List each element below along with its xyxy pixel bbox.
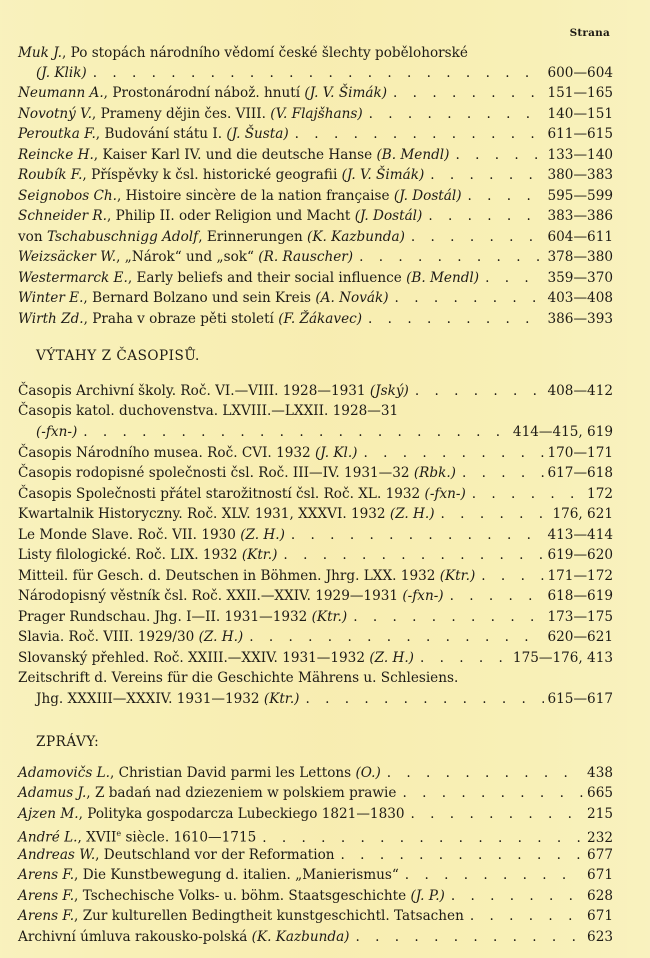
entry-title-rest: siècle. 1610—1715	[121, 830, 256, 846]
leader-dots	[363, 104, 544, 124]
entry-reviewer: (V. Flajšhans)	[270, 106, 362, 122]
entry-title: Bernard Bolzano und sein Kreis	[92, 290, 311, 306]
entry-title: Časopis katol. duchovenstva. LXVIII.—LXX…	[18, 403, 398, 419]
entry-author: Arens F.	[18, 867, 74, 883]
entry: Mitteil. für Gesch. d. Deutschen in Böhm…	[18, 566, 613, 586]
entry-title: Prager Rundschau. Jhg. I—II. 1931—1932	[18, 609, 307, 625]
entry-title: Příspěvky k čsl. historické geografii	[91, 167, 337, 183]
entry: Kwartalnik Historyczny. Roč. XLV. 1931, …	[18, 504, 613, 524]
entry-pages: 172	[583, 484, 613, 504]
entry-reviewer: (O.)	[355, 765, 380, 781]
entry: André L., XVIIe siècle. 1610—1715232	[18, 824, 613, 844]
entry-reviewer: (Ktr.)	[312, 609, 348, 625]
entry-pages: 380—383	[544, 165, 614, 185]
entry: Wirth Zd., Praha v obraze pěti století (…	[18, 309, 613, 329]
entry-title: Listy filologické. Roč. LIX. 1932	[18, 547, 238, 563]
entry-title: Časopis Archivní školy. Roč. VI.—VIII. 1…	[18, 383, 366, 399]
entry-pages: 623	[583, 927, 613, 947]
leader-dots	[396, 783, 583, 803]
entry-title: Prameny dějin čes. VIII.	[101, 106, 266, 122]
leader-dots	[464, 906, 583, 926]
entry-title: Philip II. oder Religion und Macht	[116, 208, 351, 224]
leader-dots	[424, 165, 543, 185]
entry-reviewer: (Z. H.)	[369, 650, 414, 666]
entry-pages: 378—380	[544, 247, 614, 267]
leader-dots	[353, 247, 543, 267]
entry-pages: 403—408	[544, 288, 614, 308]
entry-pages: 140—151	[544, 104, 614, 124]
entry-pages: 413—414	[544, 525, 614, 545]
entry-reviewer: (J. Dostál)	[355, 208, 423, 224]
section-heading-reports: ZPRÁVY:	[36, 734, 99, 750]
entry-title: Po stopách národního vědomí české šlecht…	[71, 45, 468, 61]
leader-dots	[405, 227, 544, 247]
entry-title: Deutschland vor der Reformation	[104, 847, 335, 863]
entry-pages: 671	[583, 906, 613, 926]
entry-author: Neumann A.	[18, 85, 104, 101]
entry: Andreas W., Deutschland vor der Reformat…	[18, 845, 613, 865]
entry-reviewer: (J. V. Šimák)	[304, 85, 387, 101]
entry-pages: 438	[583, 763, 613, 783]
entry: Ajzen M., Polityka gospodarcza Lubeckieg…	[18, 804, 613, 824]
entry: Arens F., Tschechische Volks- u. böhm. S…	[18, 886, 613, 906]
entry-pages: 620—621	[544, 627, 614, 647]
entry-pages: 133—140	[544, 145, 614, 165]
entry: Reincke H., Kaiser Karl IV. und die deut…	[18, 145, 613, 165]
entry-pages: 671	[583, 865, 613, 885]
leader-dots	[462, 186, 544, 206]
entry: Neumann A., Prostonárodní nábož. hnutí (…	[18, 83, 613, 103]
entry-reviewer: (A. Novák)	[315, 290, 388, 306]
leader-dots	[422, 206, 543, 226]
entry-author: Ajzen M.	[18, 806, 79, 822]
entry: Časopis rodopisné společnosti čsl. Roč. …	[18, 463, 613, 483]
entry-reviewer: (-fxn-)	[36, 424, 77, 440]
entry-title: Zeitschrift d. Vereins für die Geschicht…	[18, 670, 458, 686]
entry-pages: 414—415, 619	[509, 422, 613, 442]
entry: Le Monde Slave. Roč. VII. 1930 (Z. H.)41…	[18, 525, 613, 545]
entry-pages: 595—599	[544, 186, 614, 206]
entry-author: Muk J.	[18, 45, 62, 61]
entry-reviewer: (Jský)	[370, 383, 409, 399]
leader-dots	[475, 566, 543, 586]
leader-dots	[387, 83, 543, 103]
entry-title: Časopis rodopisné společnosti čsl. Roč. …	[18, 465, 410, 481]
column-label-strana: Strana	[570, 27, 610, 39]
entry-title: Časopis Společnosti přátel starožitností…	[18, 486, 420, 502]
entry-reviewer: (K. Kazbunda)	[307, 229, 405, 245]
entry-reviewer: (R. Rauscher)	[258, 249, 353, 265]
entry-pages: 359—370	[544, 268, 614, 288]
leader-dots	[381, 763, 583, 783]
leader-dots	[405, 804, 584, 824]
entry-author: Seignobos Ch.	[18, 188, 117, 204]
entry-title: Tschechische Volks- u. böhm. Staatsgesch…	[83, 888, 406, 904]
entry-muk-line2: (J. Klik)600—604	[18, 63, 613, 83]
entry-title: Kaiser Karl IV. und die deutsche Hanse	[102, 147, 372, 163]
entry-line1: Zeitschrift d. Vereins für die Geschicht…	[18, 668, 613, 688]
entry-title: Slovanský přehled. Roč. XXIII.—XXIV. 193…	[18, 650, 365, 666]
entry: Novotný V., Prameny dějin čes. VIII. (V.…	[18, 104, 613, 124]
leader-dots	[285, 525, 544, 545]
entry-author: Schneider R.	[18, 208, 107, 224]
entry-author: Arens F.	[18, 888, 74, 904]
entry-title: Národopisný věstník čsl. Roč. XXII.—XXIV…	[18, 588, 398, 604]
leader-dots	[399, 865, 583, 885]
entry-reviewer: (Ktr.)	[440, 568, 476, 584]
entry-pages: 171—172	[544, 566, 614, 586]
entry-pages: 611—615	[544, 124, 614, 144]
entry: Arens F., Zur kulturellen Bedingtheit ku…	[18, 906, 613, 926]
entry-reviewer: (Ktr.)	[242, 547, 278, 563]
entry: Adamus J., Z badań nad dziezeniem w pols…	[18, 783, 613, 803]
entry-pages: 170—171	[544, 443, 614, 463]
entry-reviewer: (F. Žákavec)	[278, 311, 362, 327]
entry-reviewer: (Z. H.)	[240, 527, 285, 543]
leader-dots	[357, 443, 543, 463]
entry: Národopisný věstník čsl. Roč. XXII.—XXIV…	[18, 586, 613, 606]
leader-dots	[435, 504, 549, 524]
entry-pages: 677	[583, 845, 613, 865]
entry-reviewer: (J. Klik)	[36, 65, 87, 81]
entry-author: Andreas W.	[18, 847, 95, 863]
leader-dots	[389, 288, 544, 308]
entry-author: Peroutka F.	[18, 126, 96, 142]
entry-author: Roubík F.	[18, 167, 82, 183]
leader-dots	[87, 63, 544, 83]
entry: Slovanský přehled. Roč. XXIII.—XXIV. 193…	[18, 648, 613, 668]
entry-author: Arens F.	[18, 908, 74, 924]
leader-dots	[444, 586, 544, 606]
entry-title: Erinnerungen	[207, 229, 303, 245]
entry-title-continuation: Jhg. XXXIII—XXXIV. 1931—1932	[36, 691, 260, 707]
entry-title: Polityka gospodarcza Lubeckiego 1821—183…	[87, 806, 404, 822]
entry-author: Wirth Zd.	[18, 311, 84, 327]
entry-title: Slavia. Roč. VIII. 1929/30	[18, 629, 194, 645]
entry-line1: Časopis katol. duchovenstva. LXVIII.—LXX…	[18, 401, 613, 421]
entry-reviewer: (Rbk.)	[414, 465, 456, 481]
entry: Weizsäcker W., „Nárok“ und „sok“ (R. Rau…	[18, 247, 613, 267]
entry-title: XVII	[86, 830, 116, 846]
entry-pages: 176, 621	[548, 504, 613, 524]
entry-title: Praha v obraze pěti století	[92, 311, 274, 327]
leader-dots	[289, 124, 544, 144]
entry-line2: Jhg. XXXIII—XXXIV. 1931—1932 (Ktr.)615—6…	[18, 689, 613, 709]
entry-author: Weizsäcker W.	[18, 249, 116, 265]
entry-reviewer: (J. V. Šimák)	[342, 167, 425, 183]
entry: Adamovičs L., Christian David parmi les …	[18, 763, 613, 783]
entry-pages: 151—165	[544, 83, 614, 103]
leader-dots	[449, 145, 543, 165]
entry-author: Westermarck E.	[18, 270, 128, 286]
entry-reviewer: (B. Mendl)	[376, 147, 449, 163]
entry: Westermarck E., Early beliefs and their …	[18, 268, 613, 288]
leader-dots	[479, 268, 543, 288]
entry-pages: 618—619	[544, 586, 614, 606]
entry: Slavia. Roč. VIII. 1929/30 (Z. H.)620—62…	[18, 627, 613, 647]
entry: Listy filologické. Roč. LIX. 1932 (Ktr.)…	[18, 545, 613, 565]
entry-pages: 604—611	[544, 227, 614, 247]
entry-reviewer: (Z. H.)	[199, 629, 244, 645]
entry-title: Mitteil. für Gesch. d. Deutschen in Böhm…	[18, 568, 435, 584]
leader-dots	[456, 463, 544, 483]
entry-title: Prostonárodní nábož. hnutí	[112, 85, 300, 101]
entry-pages: 383—386	[544, 206, 614, 226]
entry: Arens F., Die Kunstbewegung d. italien. …	[18, 865, 613, 885]
entry-reviewer: (-fxn-)	[402, 588, 443, 604]
entry-pages: 386—393	[544, 309, 614, 329]
leader-dots	[335, 845, 584, 865]
leader-dots	[362, 309, 543, 329]
entry-title: Časopis Národního musea. Roč. CVI. 1932	[18, 445, 311, 461]
entry-pages: 173—175	[544, 607, 614, 627]
section-heading-extracts: VÝTAHY Z ČASOPISŮ.	[36, 348, 200, 364]
entry-pages: 615—617	[544, 689, 614, 709]
entry-author: Reincke H.	[18, 147, 94, 163]
entry-author: Adamus J.	[18, 785, 86, 801]
entry-title: „Nárok“ und „sok“	[125, 249, 254, 265]
entry: Prager Rundschau. Jhg. I—II. 1931—1932 (…	[18, 607, 613, 627]
entry: Roubík F., Příspěvky k čsl. historické g…	[18, 165, 613, 185]
entry-reviewer: (K. Kazbunda)	[252, 929, 350, 945]
entry-title: Z badań nad dziezeniem w polskiem prawie	[95, 785, 397, 801]
entry-pages: 628	[583, 886, 613, 906]
leader-dots	[243, 627, 543, 647]
entry-title: Early beliefs and their social influence	[136, 270, 401, 286]
entry-pages: 619—620	[544, 545, 614, 565]
entry-pages: 600—604	[544, 63, 614, 83]
entry-title: Le Monde Slave. Roč. VII. 1930	[18, 527, 236, 543]
leader-dots	[414, 648, 509, 668]
entry: Seignobos Ch., Histoire sincère de la na…	[18, 186, 613, 206]
leader-dots	[77, 422, 509, 442]
entry: Archivní úmluva rakousko-polská (K. Kazb…	[18, 927, 613, 947]
leader-dots	[466, 484, 583, 504]
entry-pages: 175—176, 413	[509, 648, 613, 668]
entry: Winter E., Bernard Bolzano und sein Krei…	[18, 288, 613, 308]
entry-title: Kwartalnik Historyczny. Roč. XLV. 1931, …	[18, 506, 386, 522]
leader-dots	[350, 927, 584, 947]
entry-reviewer: (J. Kl.)	[315, 445, 357, 461]
entry-reviewer: (Ktr.)	[264, 691, 300, 707]
entry-title: Budování státu I.	[104, 126, 222, 142]
entry-title: Archivní úmluva rakousko-polská	[18, 929, 247, 945]
entry: von Tschabuschnigg Adolf, Erinnerungen (…	[18, 227, 613, 247]
entry-reviewer: (B. Mendl)	[406, 270, 479, 286]
entry: Časopis Archivní školy. Roč. VI.—VIII. 1…	[18, 381, 613, 401]
entry-author: Tschabuschnigg Adolf	[47, 229, 198, 245]
entry-title: Histoire sincère de la nation française	[126, 188, 390, 204]
entry-author: Novotný V.	[18, 106, 92, 122]
entry-pages: 408—412	[544, 381, 614, 401]
entry-author: André L.	[18, 830, 78, 846]
entry-reviewer: (J. Dostál)	[394, 188, 462, 204]
leader-dots	[409, 381, 544, 401]
entry-reviewer: (J. Šusta)	[226, 126, 288, 142]
entry: Časopis Společnosti přátel starožitností…	[18, 484, 613, 504]
leader-dots	[347, 607, 543, 627]
entry-author: Winter E.	[18, 290, 83, 306]
entry-pages: 665	[583, 783, 613, 803]
entry-title: Zur kulturellen Bedingtheit kunstgeschic…	[83, 908, 464, 924]
entry-author: Adamovičs L.	[18, 765, 110, 781]
leader-dots	[299, 689, 543, 709]
entry-reviewer: (Z. H.)	[390, 506, 435, 522]
entry-reviewer: (-fxn-)	[425, 486, 466, 502]
leader-dots	[445, 886, 583, 906]
entry-muk-line1: Muk J., Po stopách národního vědomí česk…	[18, 43, 613, 63]
entry: Časopis Národního musea. Roč. CVI. 1932 …	[18, 443, 613, 463]
entry-reviewer: (J. P.)	[410, 888, 444, 904]
entry: Schneider R., Philip II. oder Religion u…	[18, 206, 613, 226]
entry-title: Christian David parmi les Lettons	[119, 765, 352, 781]
entry-pages: 617—618	[544, 463, 614, 483]
entry-title: Die Kunstbewegung d. italien. „Manierism…	[83, 867, 399, 883]
entry-line2: (-fxn-)414—415, 619	[18, 422, 613, 442]
leader-dots	[277, 545, 543, 565]
entry: Peroutka F., Budování státu I. (J. Šusta…	[18, 124, 613, 144]
entry-prefix: von	[18, 229, 47, 245]
entry-pages: 215	[583, 804, 613, 824]
